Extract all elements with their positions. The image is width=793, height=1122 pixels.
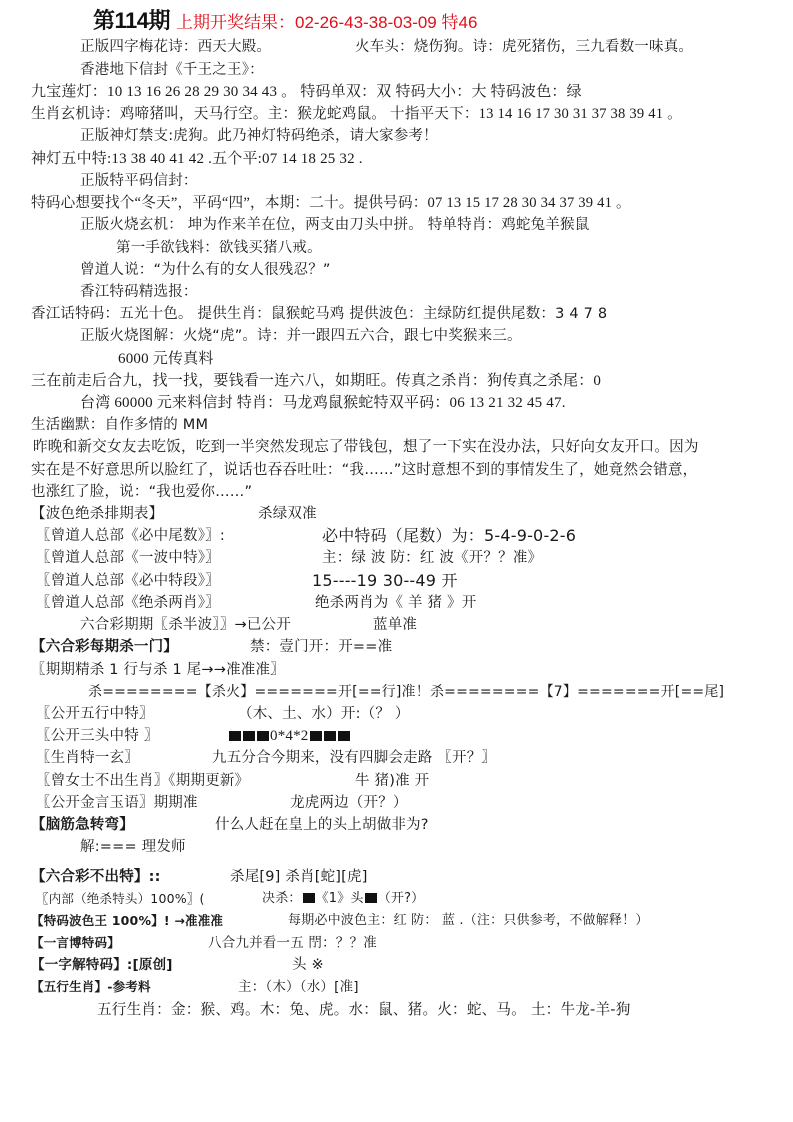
section-heading: 【波色绝杀排期表】 (31, 504, 163, 524)
text-segment: 杀绿双准 (258, 504, 317, 524)
text-line: 火车头：烧伤狗。诗：虎死猪伤，三九看数一味真。 (355, 37, 693, 57)
text-segment: 〖曾道人总部《绝杀两肖》〗 (36, 593, 220, 613)
section-heading: 【脑筋急转弯】 (31, 815, 134, 835)
text-segment: （开?） (378, 891, 425, 906)
text-line: 实在是不好意思所以脸红了，说话也吞吞吐吐：“我……”这时意想不到的事情发生了，她… (31, 460, 697, 480)
text-line: 生活幽默：自作多情的 MM (31, 415, 208, 435)
text-line: 生肖玄机诗：鸡啼猪叫，天马行空。主：猴龙蛇鸡鼠。 十指平天下：13 14 16 … (31, 104, 682, 124)
text-segment: 〖公开五行中特〗 (36, 704, 154, 724)
issue-number: 第114期 (93, 8, 170, 33)
text-line: 香江话特码：五光十色。 提供生肖：鼠猴蛇马鸡 提供波色：主绿防红提供尾数：3 4… (31, 304, 607, 324)
text-segment: 〖公开三头中特 〗 (36, 726, 158, 746)
text-line: 三在前走后合九，找一找，要钱看一连六八，如期旺。传真之杀肖：狗传真之杀尾：0 (31, 371, 601, 391)
block-glyph (338, 731, 350, 741)
text-line: 特码心想要找个“冬天”，平码“四”，本期：二十。提供号码：07 13 15 17… (31, 193, 631, 213)
block-glyph (243, 731, 255, 741)
text-segment: 《1》头 (316, 891, 364, 906)
text-segment: 八合九并看一五 閅：？？准 (208, 933, 377, 953)
text-segment: 牛 猪)准 开 (355, 771, 429, 791)
text-line: 6000 元传真料 (118, 349, 214, 369)
text-line: 香江特码精选报： (80, 282, 198, 302)
section-heading: 【特码波色王 100%】! →准准准 (31, 911, 223, 931)
text-line: 也涨红了脸，说：“我也爱你……” (31, 482, 252, 502)
text-line: 正版特平码信封： (80, 171, 198, 191)
text-segment: 蓝单准 (373, 615, 417, 635)
text-line: 神灯五中特:13 38 40 41 42 .五个平:07 14 18 25 32… (31, 149, 363, 169)
text-segment: 龙虎两边（开？） (290, 793, 408, 813)
text-segment: 禁：壹门开：开==准 (250, 637, 392, 657)
text-line: 九宝莲灯：10 13 16 26 28 29 30 34 43 。 特码单双：双… (31, 82, 582, 102)
text-line: 第一手欲钱料：欲钱买猪八戒。 (116, 238, 322, 258)
text-line: 正版火烧图解：火烧“虎”。诗：并一跟四五六合，跟七中奖猴来三。 (80, 326, 522, 346)
text-line: 香港地下信封《千王之王》： (80, 60, 264, 80)
block-glyph (229, 731, 241, 741)
block-glyph (365, 893, 377, 903)
kill-head-line: 决杀：《1》头（开?） (262, 889, 424, 909)
text-segment: 〖公开金言玉语〗期期准 (36, 793, 198, 813)
text-segment: 决杀： (262, 891, 302, 906)
section-heading: 【五行生肖】-参考料 (31, 977, 151, 997)
text-segment: 必中特码（尾数）为：5-4-9-0-2-6 (322, 526, 576, 546)
text-segment: 什么人赶在皇上的头上胡做非为? (215, 815, 429, 835)
block-glyph (257, 731, 269, 741)
text-segment: 〖曾道人总部《必中特段》〗 (36, 571, 220, 591)
text-line: 正版火烧玄机： 坤为作来羊在位，两支由刀头中拼。 特单特肖：鸡蛇兔羊猴鼠 (80, 215, 589, 235)
text-line: 〖期期精杀 1 行与杀 1 尾→→准准准〗 (31, 660, 285, 680)
text-segment: 〖曾女士不出生肖〗《期期更新》 (36, 771, 249, 791)
text-segment: 主：绿 波 防：红 波《开？？准》 (322, 548, 542, 568)
text-line: 台湾 60000 元来料信封 特肖：马龙鸡鼠猴蛇特双平码：06 13 21 32… (80, 393, 566, 413)
three-heads-code: 0*4*2 (228, 726, 351, 746)
last-draw-result: 上期开奖结果：02-26-43-38-03-09 特46 (176, 13, 477, 32)
block-glyph (324, 731, 336, 741)
text-segment: 〖内部（绝杀特头）100%〗( (36, 889, 205, 909)
text-line: 正版四字梅花诗：西天大殿。 (80, 37, 271, 57)
text-segment: 〖曾道人总部《必中尾数》〗: (36, 526, 225, 546)
text-line: 杀========【杀火】=======开[==行]准！杀========【7】… (88, 682, 724, 702)
page-title: 第114期上期开奖结果：02-26-43-38-03-09 特46 (93, 4, 477, 35)
section-heading: 【一言博特码】 (31, 933, 120, 953)
text-segment: 火车头：烧伤狗。诗：虎死猪伤，三九看数一味真。 (355, 39, 693, 55)
text-segment: 每期必中波色主：红 防： 蓝 .（注：只供参考，不做解释！） (288, 911, 649, 931)
text-segment: 〖生肖特一玄〗 (36, 748, 139, 768)
text-segment: 六合彩期期〖杀半波〗〗→已公开 (80, 615, 291, 635)
text-segment: （木、土、水）开:（？ ） (238, 704, 410, 724)
section-heading: 【六合彩每期杀一门】 (31, 637, 178, 657)
block-glyph (310, 731, 322, 741)
text-line: 五行生肖：金：猴、鸡。木：兔、虎。水：鼠、猪。火：蛇、马。 土：牛龙-羊-狗 (97, 1000, 631, 1020)
text-segment: 绝杀两肖为《 羊 猪 》开 (315, 593, 476, 613)
section-heading: 【一字解特码】:[原创] (31, 955, 173, 975)
text-segment: 正版四字梅花诗：西天大殿。 (80, 39, 271, 55)
text-segment: 15----19 30--49 开 (312, 571, 458, 591)
text-line: 正版神灯禁支:虎狗。此乃神灯特码绝杀，请大家参考！ (80, 126, 438, 146)
text-segment: 〖曾道人总部《一波中特》〗 (36, 548, 220, 568)
text-line: 曾道人说：“为什么有的女人很残忍？” (80, 260, 331, 280)
text-segment: 0*4*2 (270, 728, 309, 744)
text-segment: 头 ※ (292, 955, 324, 975)
text-line: 解:=== 理发师 (80, 837, 186, 857)
section-heading: 【六合彩不出特】:: (31, 867, 161, 887)
text-segment: 杀尾[9] 杀肖[蛇][虎] (230, 867, 368, 887)
text-line: 昨晚和新交女友去吃饭，吃到一半突然发现忘了带钱包，想了一下实在没办法，只好向女友… (33, 437, 699, 457)
text-segment: 九五分合今期来，没有四脚会走路 〖开？〗 (212, 748, 496, 768)
block-glyph (303, 893, 315, 903)
text-segment: 主：（木）（水）[准] (238, 977, 359, 997)
